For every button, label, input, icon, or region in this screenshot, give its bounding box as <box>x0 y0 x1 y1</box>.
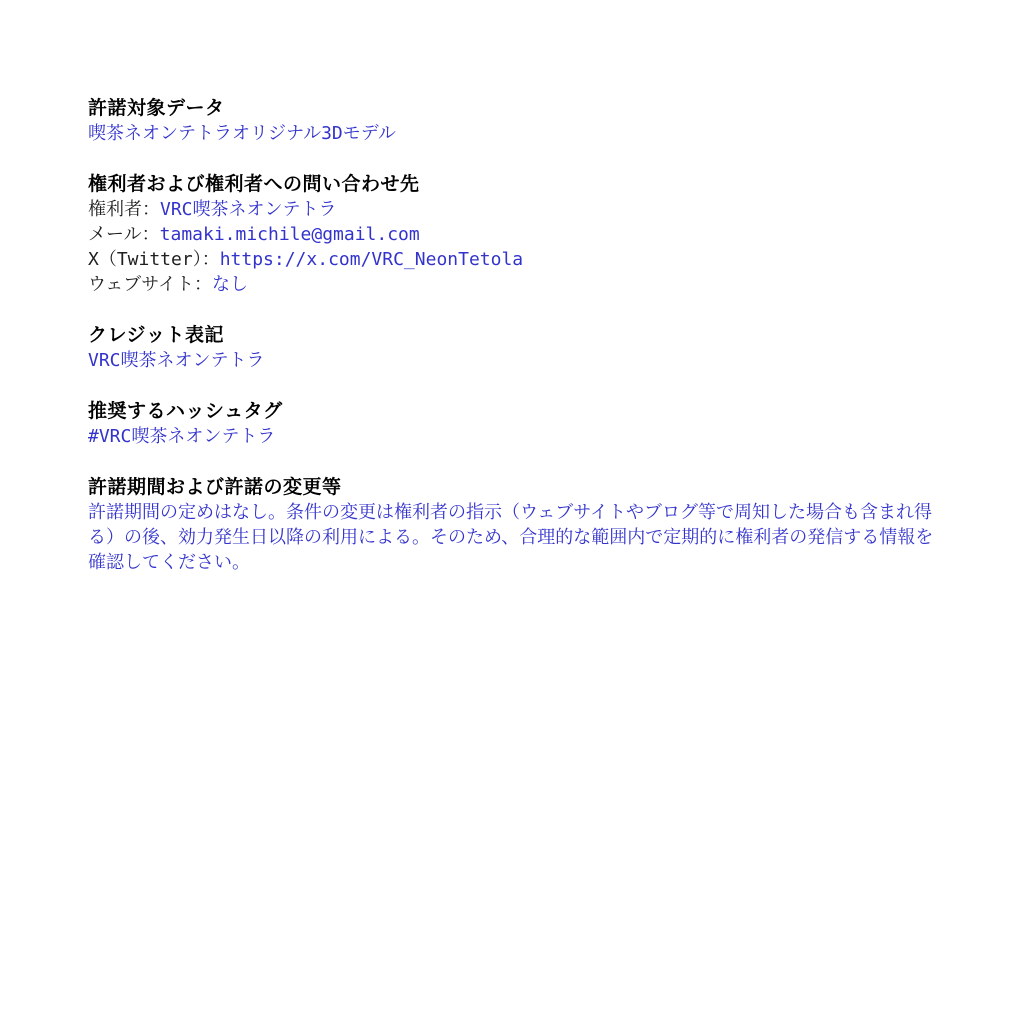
license-period-paragraph: 許諾期間の定めはなし。条件の変更は権利者の指示（ウェブサイトやブログ等で周知した… <box>88 500 936 575</box>
twitter-url-link[interactable]: https://x.com/VRC_NeonTetola <box>220 249 523 270</box>
section-heading-credit: クレジット表記 <box>88 323 936 348</box>
field-row-website: ウェブサイト：なし <box>88 272 936 297</box>
licensed-data-value: 喫茶ネオンテトラオリジナル3Dモデル <box>88 123 396 144</box>
credit-value: VRC喫茶ネオンテトラ <box>88 350 265 371</box>
section-credit: クレジット表記 VRC喫茶ネオンテトラ <box>88 323 936 373</box>
section-heading-rights-holder: 権利者および権利者への問い合わせ先 <box>88 172 936 197</box>
rights-holder-value: VRC喫茶ネオンテトラ <box>160 199 337 220</box>
rights-holder-label: 権利者： <box>88 199 160 220</box>
credit-row: VRC喫茶ネオンテトラ <box>88 348 936 373</box>
section-license-period: 許諾期間および許諾の変更等 許諾期間の定めはなし。条件の変更は権利者の指示（ウェ… <box>88 475 936 575</box>
section-heading-license-period: 許諾期間および許諾の変更等 <box>88 475 936 500</box>
field-row-email: メール：tamaki.michile@gmail.com <box>88 222 936 247</box>
license-document: 許諾対象データ 喫茶ネオンテトラオリジナル3Dモデル 権利者および権利者への問い… <box>0 0 1024 575</box>
licensed-data-row: 喫茶ネオンテトラオリジナル3Dモデル <box>88 121 936 146</box>
section-hashtag: 推奨するハッシュタグ #VRC喫茶ネオンテトラ <box>88 399 936 449</box>
field-row-twitter: X（Twitter）：https://x.com/VRC_NeonTetola <box>88 247 936 272</box>
section-heading-licensed-data: 許諾対象データ <box>88 96 936 121</box>
email-label: メール： <box>88 224 160 245</box>
section-heading-hashtag: 推奨するハッシュタグ <box>88 399 936 424</box>
hashtag-row: #VRC喫茶ネオンテトラ <box>88 424 936 449</box>
hashtag-value: #VRC喫茶ネオンテトラ <box>88 426 275 447</box>
section-rights-holder: 権利者および権利者への問い合わせ先 権利者：VRC喫茶ネオンテトラ メール：ta… <box>88 172 936 297</box>
website-value: なし <box>212 274 248 295</box>
twitter-label: X（Twitter）： <box>88 249 220 270</box>
email-link[interactable]: tamaki.michile@gmail.com <box>160 224 420 245</box>
field-row-rights-holder: 権利者：VRC喫茶ネオンテトラ <box>88 197 936 222</box>
website-label: ウェブサイト： <box>88 274 212 295</box>
section-licensed-data: 許諾対象データ 喫茶ネオンテトラオリジナル3Dモデル <box>88 96 936 146</box>
